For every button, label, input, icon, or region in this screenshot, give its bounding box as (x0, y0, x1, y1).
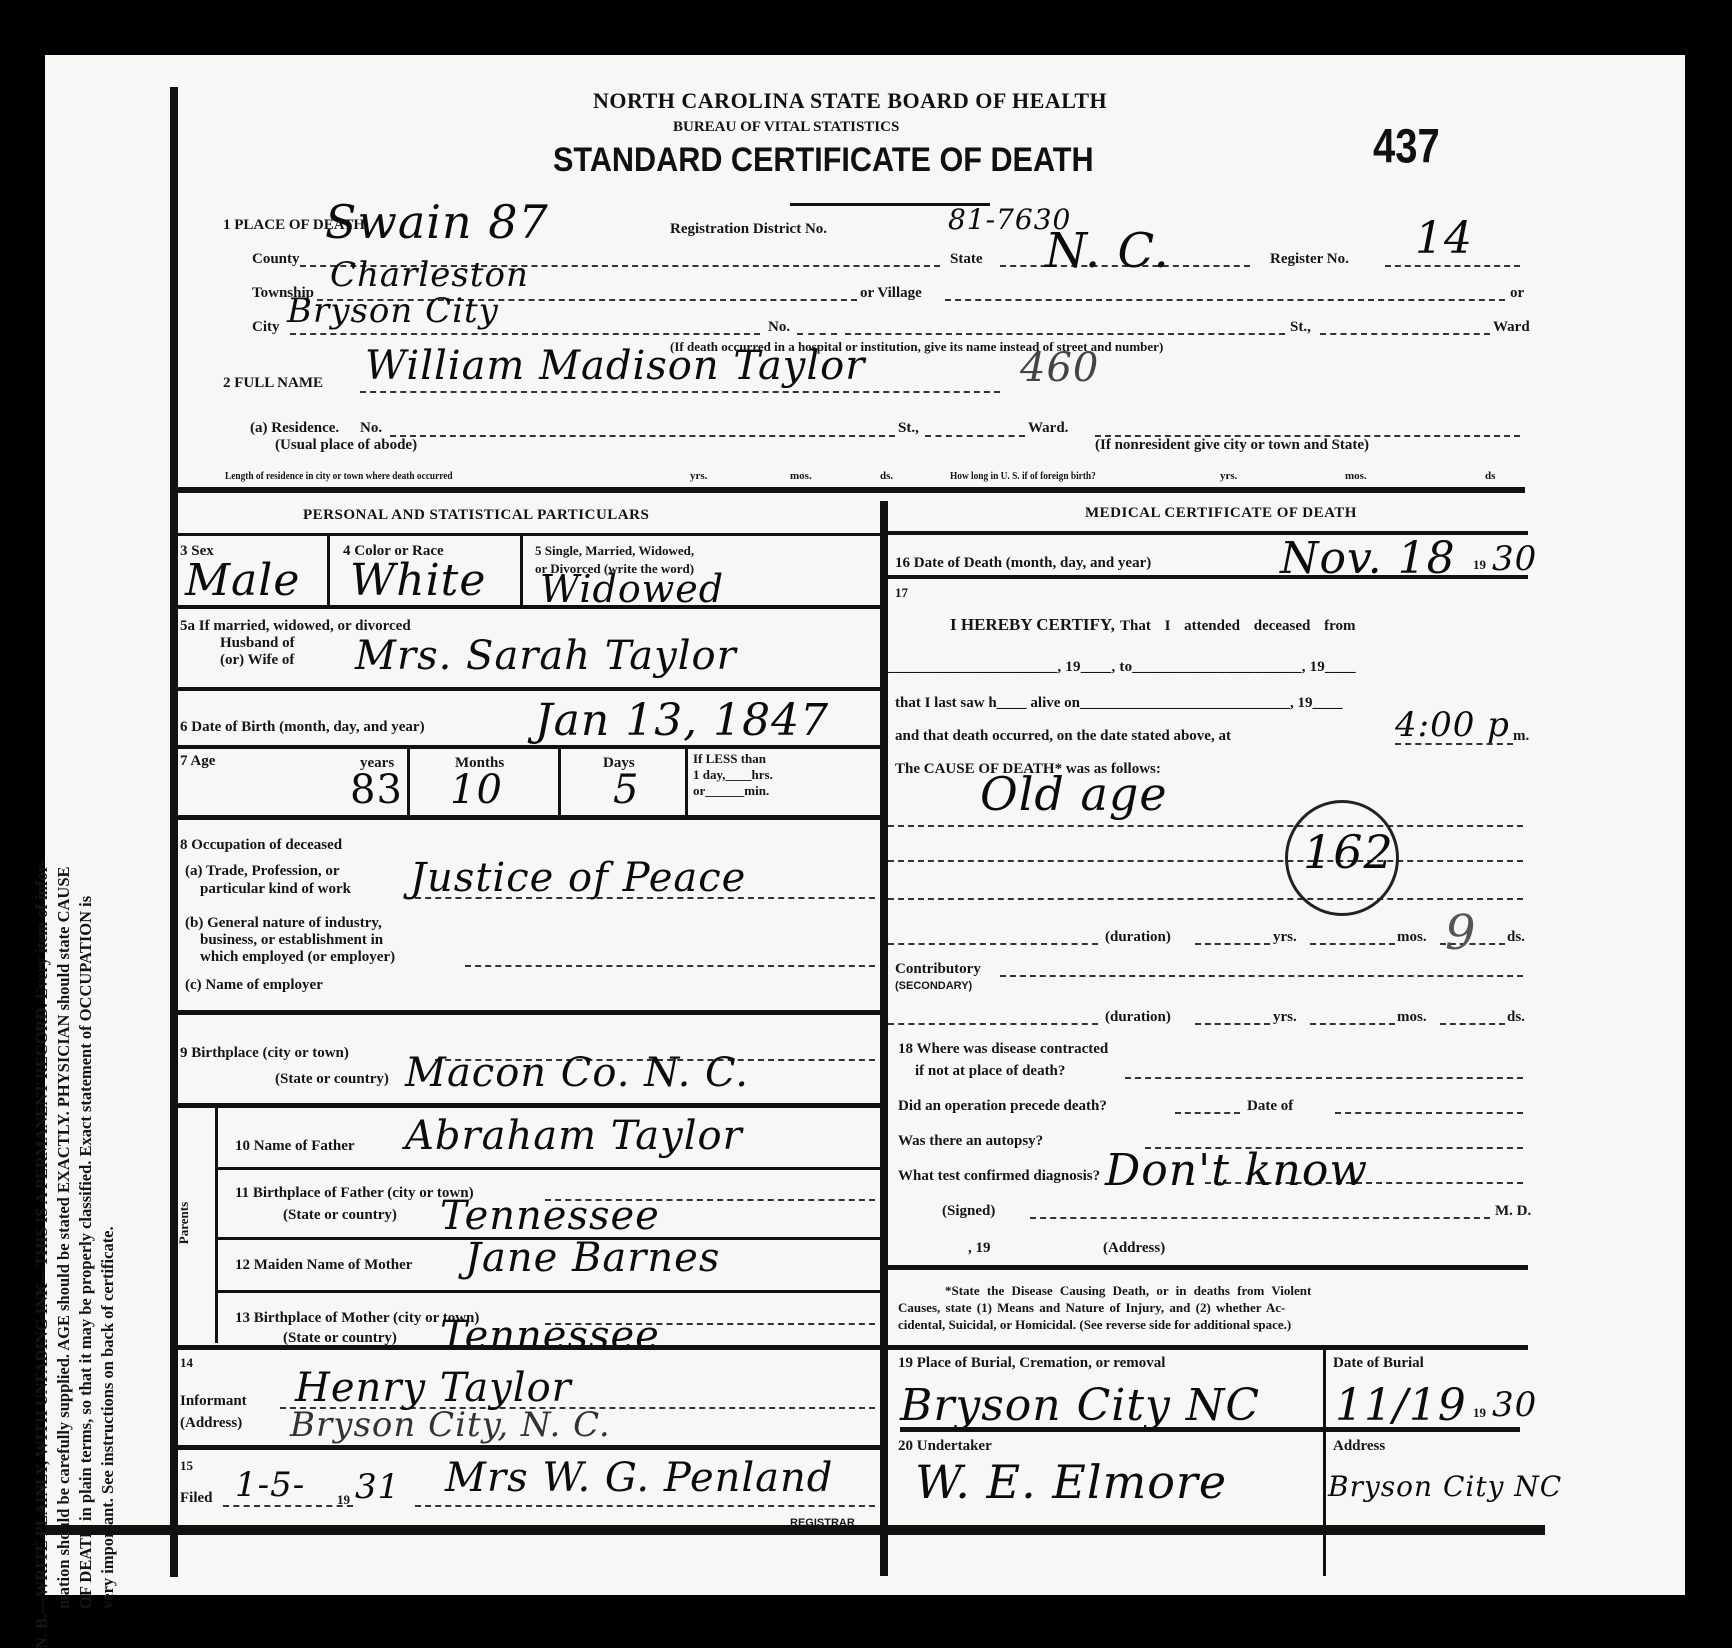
birthplace-label: 9 Birthplace (city or town) (180, 1045, 349, 1062)
less-than-3: or______min. (693, 783, 769, 799)
footnote-rule (888, 1345, 1528, 1350)
signed-label: (Signed) (942, 1203, 995, 1220)
trade-value: Justice of Peace (410, 855, 746, 901)
sex-value: Male (185, 555, 300, 606)
margin-instructions: N. B.—WRITE PLAINLY, WITH UNFADING INK—T… (31, 69, 119, 1648)
row-rule-3 (173, 745, 880, 749)
cause-code-value: 162 (1303, 825, 1394, 879)
birthplace-value: Macon Co. N. C. (405, 1050, 749, 1096)
row-rule-5 (173, 1010, 880, 1015)
attended-from-to: ______________________, 19____, to______… (888, 659, 1356, 676)
undertaker-label: 20 Undertaker (898, 1438, 992, 1455)
margin-line-2: mation should be carefully supplied. AGE… (53, 69, 75, 1648)
certify-rest: That I attended deceased from (1120, 618, 1356, 634)
race-value: White (350, 555, 486, 606)
age-label: 7 Age (180, 753, 215, 770)
street-line (845, 333, 1285, 335)
trade-label-2: particular kind of work (200, 881, 351, 898)
birthplace-state-label: (State or country) (275, 1071, 389, 1088)
residence-ward-label: Ward. (1028, 420, 1068, 437)
informant-label: Informant (180, 1393, 247, 1410)
village-line (945, 299, 1505, 301)
margin-line-4: very important. See instructions on back… (97, 69, 119, 1648)
dob-value: Jan 13, 1847 (535, 695, 829, 746)
residence-st-label: St., (898, 420, 919, 437)
date-of-label: Date of (1247, 1098, 1293, 1115)
dod-rule (888, 575, 1528, 579)
parents-rule-1 (217, 1167, 880, 1170)
age-div-1 (407, 745, 410, 815)
filed-date-line (223, 1505, 353, 1507)
less-than-1: If LESS than (693, 751, 766, 767)
duration-line-2a (888, 1023, 1098, 1025)
medical-heading: MEDICAL CERTIFICATE OF DEATH (1085, 505, 1357, 522)
filed-num: 15 (180, 1458, 193, 1474)
test-label: What test confirmed diagnosis? (898, 1168, 1100, 1185)
full-name-annotation: 460 (1020, 345, 1099, 391)
parents-rule-3 (217, 1290, 880, 1293)
residence-label: (a) Residence. (250, 420, 339, 437)
duration-line-1a (888, 943, 1098, 945)
cause-line-1 (888, 825, 1523, 827)
burial-year-prefix: 19 (1473, 1405, 1486, 1421)
employer-label: (c) Name of employer (185, 977, 323, 994)
full-name-line (360, 391, 1000, 393)
state-label: State (950, 251, 983, 268)
length-mos: mos. (790, 470, 812, 482)
duration-yrs-1: yrs. (1273, 929, 1297, 946)
full-name-label: 2 FULL NAME (223, 375, 323, 392)
occupation-label: 8 Occupation of deceased (180, 837, 342, 854)
duration-note: 9 (1445, 905, 1477, 961)
signed-rule (888, 1265, 1528, 1270)
industry-line (465, 965, 875, 967)
sex-race-divider (327, 533, 330, 605)
father-label: 10 Name of Father (235, 1138, 355, 1155)
filed-label: Filed (180, 1490, 213, 1507)
ward-label: Ward (1493, 319, 1530, 336)
full-name-value: William Madison Taylor (365, 343, 865, 389)
residence-ward-line (925, 435, 1025, 437)
row-rule-7 (173, 1345, 880, 1350)
industry-label-1: (b) General nature of industry, (185, 915, 382, 932)
registration-district-label: Registration District No. (670, 221, 827, 238)
mother-bp-value: Tennessee (440, 1313, 660, 1359)
date-of-line (1335, 1112, 1523, 1114)
city-line (290, 333, 760, 335)
dob-label: 6 Date of Birth (month, day, and year) (180, 719, 425, 736)
st-label: St., (1290, 319, 1311, 336)
burial-place-value: Bryson City NC (900, 1380, 1260, 1431)
personal-heading-rule (173, 533, 880, 536)
filed-date-value: 1-5- (235, 1465, 305, 1505)
contributory-line (1000, 975, 1523, 977)
city-label: City (252, 319, 280, 336)
duration-yrs-line-2 (1195, 1023, 1270, 1025)
registrar-line (415, 1505, 875, 1507)
duration-ds-1: ds. (1507, 929, 1525, 946)
registrar-value: Mrs W. G. Penland (445, 1455, 833, 1501)
row-rule-4 (173, 815, 880, 820)
death-time-value: 4:00 p (1395, 705, 1510, 745)
age-years-value: 83 (350, 767, 403, 813)
duration-ds-2: ds. (1507, 1009, 1525, 1026)
no-line (797, 333, 837, 335)
cause-line-2 (888, 860, 1523, 862)
margin-line-1: N. B.—WRITE PLAINLY, WITH UNFADING INK—T… (31, 69, 53, 1648)
father-bp-value: Tennessee (440, 1193, 660, 1239)
operation-label: Did an operation precede death? (898, 1098, 1107, 1115)
md-label: M. D. (1495, 1203, 1531, 1220)
center-divider (880, 501, 888, 1576)
foreign-mos: mos. (1345, 470, 1367, 482)
cause-line-3 (888, 898, 1523, 900)
county-value: Swain 87 (325, 195, 549, 249)
personal-heading: PERSONAL AND STATISTICAL PARTICULARS (303, 507, 649, 524)
burial-place-label: 19 Place of Burial, Cremation, or remova… (898, 1355, 1165, 1372)
certificate-paper: N. B.—WRITE PLAINLY, WITH UNFADING INK—T… (45, 55, 1685, 1595)
burial-rule (900, 1427, 1520, 1432)
nonresident-note: (If nonresident give city or town and St… (1095, 437, 1369, 454)
spouse-label-3: (or) Wife of (220, 652, 294, 669)
no-label: No. (768, 319, 790, 336)
foreign-yrs: yrs. (1220, 470, 1237, 482)
father-bp-state-label: (State or country) (283, 1207, 397, 1224)
ward-line (1320, 333, 1490, 335)
certify-lead: I HEREBY CERTIFY, (950, 615, 1115, 634)
or-label: or (1510, 285, 1524, 302)
informant-num: 14 (180, 1355, 193, 1371)
industry-label-3: which employed (or employer) (200, 949, 395, 966)
duration-yrs-2: yrs. (1273, 1009, 1297, 1026)
row-rule-8 (173, 1445, 880, 1450)
undertaker-address-value: Bryson City NC (1328, 1470, 1562, 1503)
duration-mos-line-1 (1310, 943, 1395, 945)
certificate-number: 437 (1373, 121, 1440, 175)
residence-divider (173, 487, 1525, 493)
item18-label-1: 18 Where was disease contracted (898, 1041, 1108, 1058)
filed-year-prefix: 19 (337, 1492, 350, 1508)
spouse-label-2: Husband of (220, 635, 295, 652)
marital-label-1: 5 Single, Married, Widowed, (535, 543, 694, 559)
operation-line (1175, 1112, 1240, 1114)
dod-label: 16 Date of Death (month, day, and year) (895, 555, 1151, 572)
city-value: Bryson City (287, 291, 499, 331)
foreign-birth-label: How long in U. S. if of foreign birth? (950, 470, 1096, 482)
register-no-line (1385, 265, 1520, 267)
county-label: County (252, 251, 300, 268)
duration-mos-1: mos. (1397, 929, 1427, 946)
district-underline (790, 203, 990, 206)
signed-line (1030, 1217, 1490, 1219)
age-months-value: 10 (450, 767, 503, 813)
row-rule-1 (173, 605, 880, 609)
burial-date-value: 11/19 (1335, 1380, 1467, 1431)
age-div-2 (558, 745, 561, 815)
dod-year-prefix: 19 (1473, 557, 1486, 573)
duration-mos-2: mos. (1397, 1009, 1427, 1026)
agency-title: NORTH CAROLINA STATE BOARD OF HEALTH (593, 88, 1107, 114)
race-marital-divider (520, 533, 523, 605)
form-bottom-rule (45, 1525, 1545, 1535)
undertaker-address-label: Address (1333, 1438, 1385, 1455)
footnote-3: cidental, Suicidal, or Homicidal. (See r… (898, 1317, 1291, 1333)
dod-year-value: 30 (1492, 539, 1537, 579)
burial-year-value: 30 (1492, 1385, 1537, 1425)
death-time-m: m. (1513, 728, 1529, 745)
row-rule-2 (173, 687, 880, 691)
parents-label: Parents (176, 1202, 192, 1244)
informant-address-value: Bryson City, N. C. (290, 1405, 611, 1445)
margin-line-3: OF DEATH in plain terms, so that it may … (75, 69, 97, 1648)
spouse-value: Mrs. Sarah Taylor (355, 633, 737, 679)
signed-address-label: (Address) (1103, 1240, 1165, 1257)
abode-note: (Usual place of abode) (275, 437, 417, 454)
autopsy-label: Was there an autopsy? (898, 1133, 1043, 1150)
last-saw-alive: that I last saw h____ alive on__________… (895, 695, 1343, 712)
cause-value: Old age (980, 767, 1168, 821)
length-residence-label: Length of residence in city or town wher… (225, 470, 453, 482)
duration-mos-line-2 (1310, 1023, 1395, 1025)
informant-address-label: (Address) (180, 1415, 242, 1432)
filed-year-value: 31 (355, 1467, 400, 1507)
age-div-3 (685, 745, 688, 815)
duration-label-1: (duration) (1105, 929, 1171, 946)
duration-ds-line-2 (1440, 1023, 1505, 1025)
mother-value: Jane Barnes (465, 1235, 720, 1281)
row-rule-6 (173, 1103, 880, 1108)
undertaker-value: W. E. Elmore (915, 1455, 1227, 1509)
item18-line (1125, 1077, 1523, 1079)
father-bp-label: 11 Birthplace of Father (city or town) (235, 1185, 474, 1202)
form-left-rule (170, 87, 178, 1577)
register-no-value: 14 (1415, 213, 1473, 264)
burial-date-label: Date of Burial (1333, 1355, 1424, 1372)
length-yrs: yrs. (690, 470, 707, 482)
duration-label-2: (duration) (1105, 1009, 1171, 1026)
bureau-title: BUREAU OF VITAL STATISTICS (673, 119, 899, 136)
death-time-label: and that death occurred, on the date sta… (895, 728, 1231, 745)
foreign-ds: ds (1485, 470, 1495, 482)
trade-label-1: (a) Trade, Profession, or (185, 863, 340, 880)
village-label: or Village (860, 285, 922, 302)
township-value: Charleston (330, 255, 529, 295)
state-value: N. C. (1045, 223, 1170, 279)
item17-number: 17 (895, 585, 908, 601)
footnote-1: *State the Disease Causing Death, or in … (945, 1283, 1311, 1299)
residence-no-line (390, 435, 895, 437)
burial-divider (1323, 1348, 1326, 1576)
father-value: Abraham Taylor (405, 1113, 743, 1159)
test-value: Don't know (1105, 1145, 1368, 1196)
age-days-value: 5 (613, 767, 639, 813)
register-no-label: Register No. (1270, 251, 1349, 268)
certify-line: I HEREBY CERTIFY, That I attended deceas… (950, 615, 1356, 635)
duration-yrs-line-1 (1195, 943, 1270, 945)
footnote-2: Causes, state (1) Means and Nature of In… (898, 1300, 1285, 1316)
mother-label: 12 Maiden Name of Mother (235, 1257, 412, 1274)
contributory-label: Contributory (895, 961, 981, 978)
item18-label-2: if not at place of death? (915, 1063, 1065, 1080)
parents-divider (215, 1108, 218, 1343)
secondary-label: (SECONDARY) (895, 980, 972, 992)
document-title: STANDARD CERTIFICATE OF DEATH (553, 141, 1094, 180)
industry-label-2: business, or establishment in (200, 932, 383, 949)
signed-date-19: , 19 (968, 1240, 991, 1257)
less-than-2: 1 day,____hrs. (693, 767, 773, 783)
length-ds: ds. (880, 470, 893, 482)
residence-no-label: No. (360, 420, 382, 437)
